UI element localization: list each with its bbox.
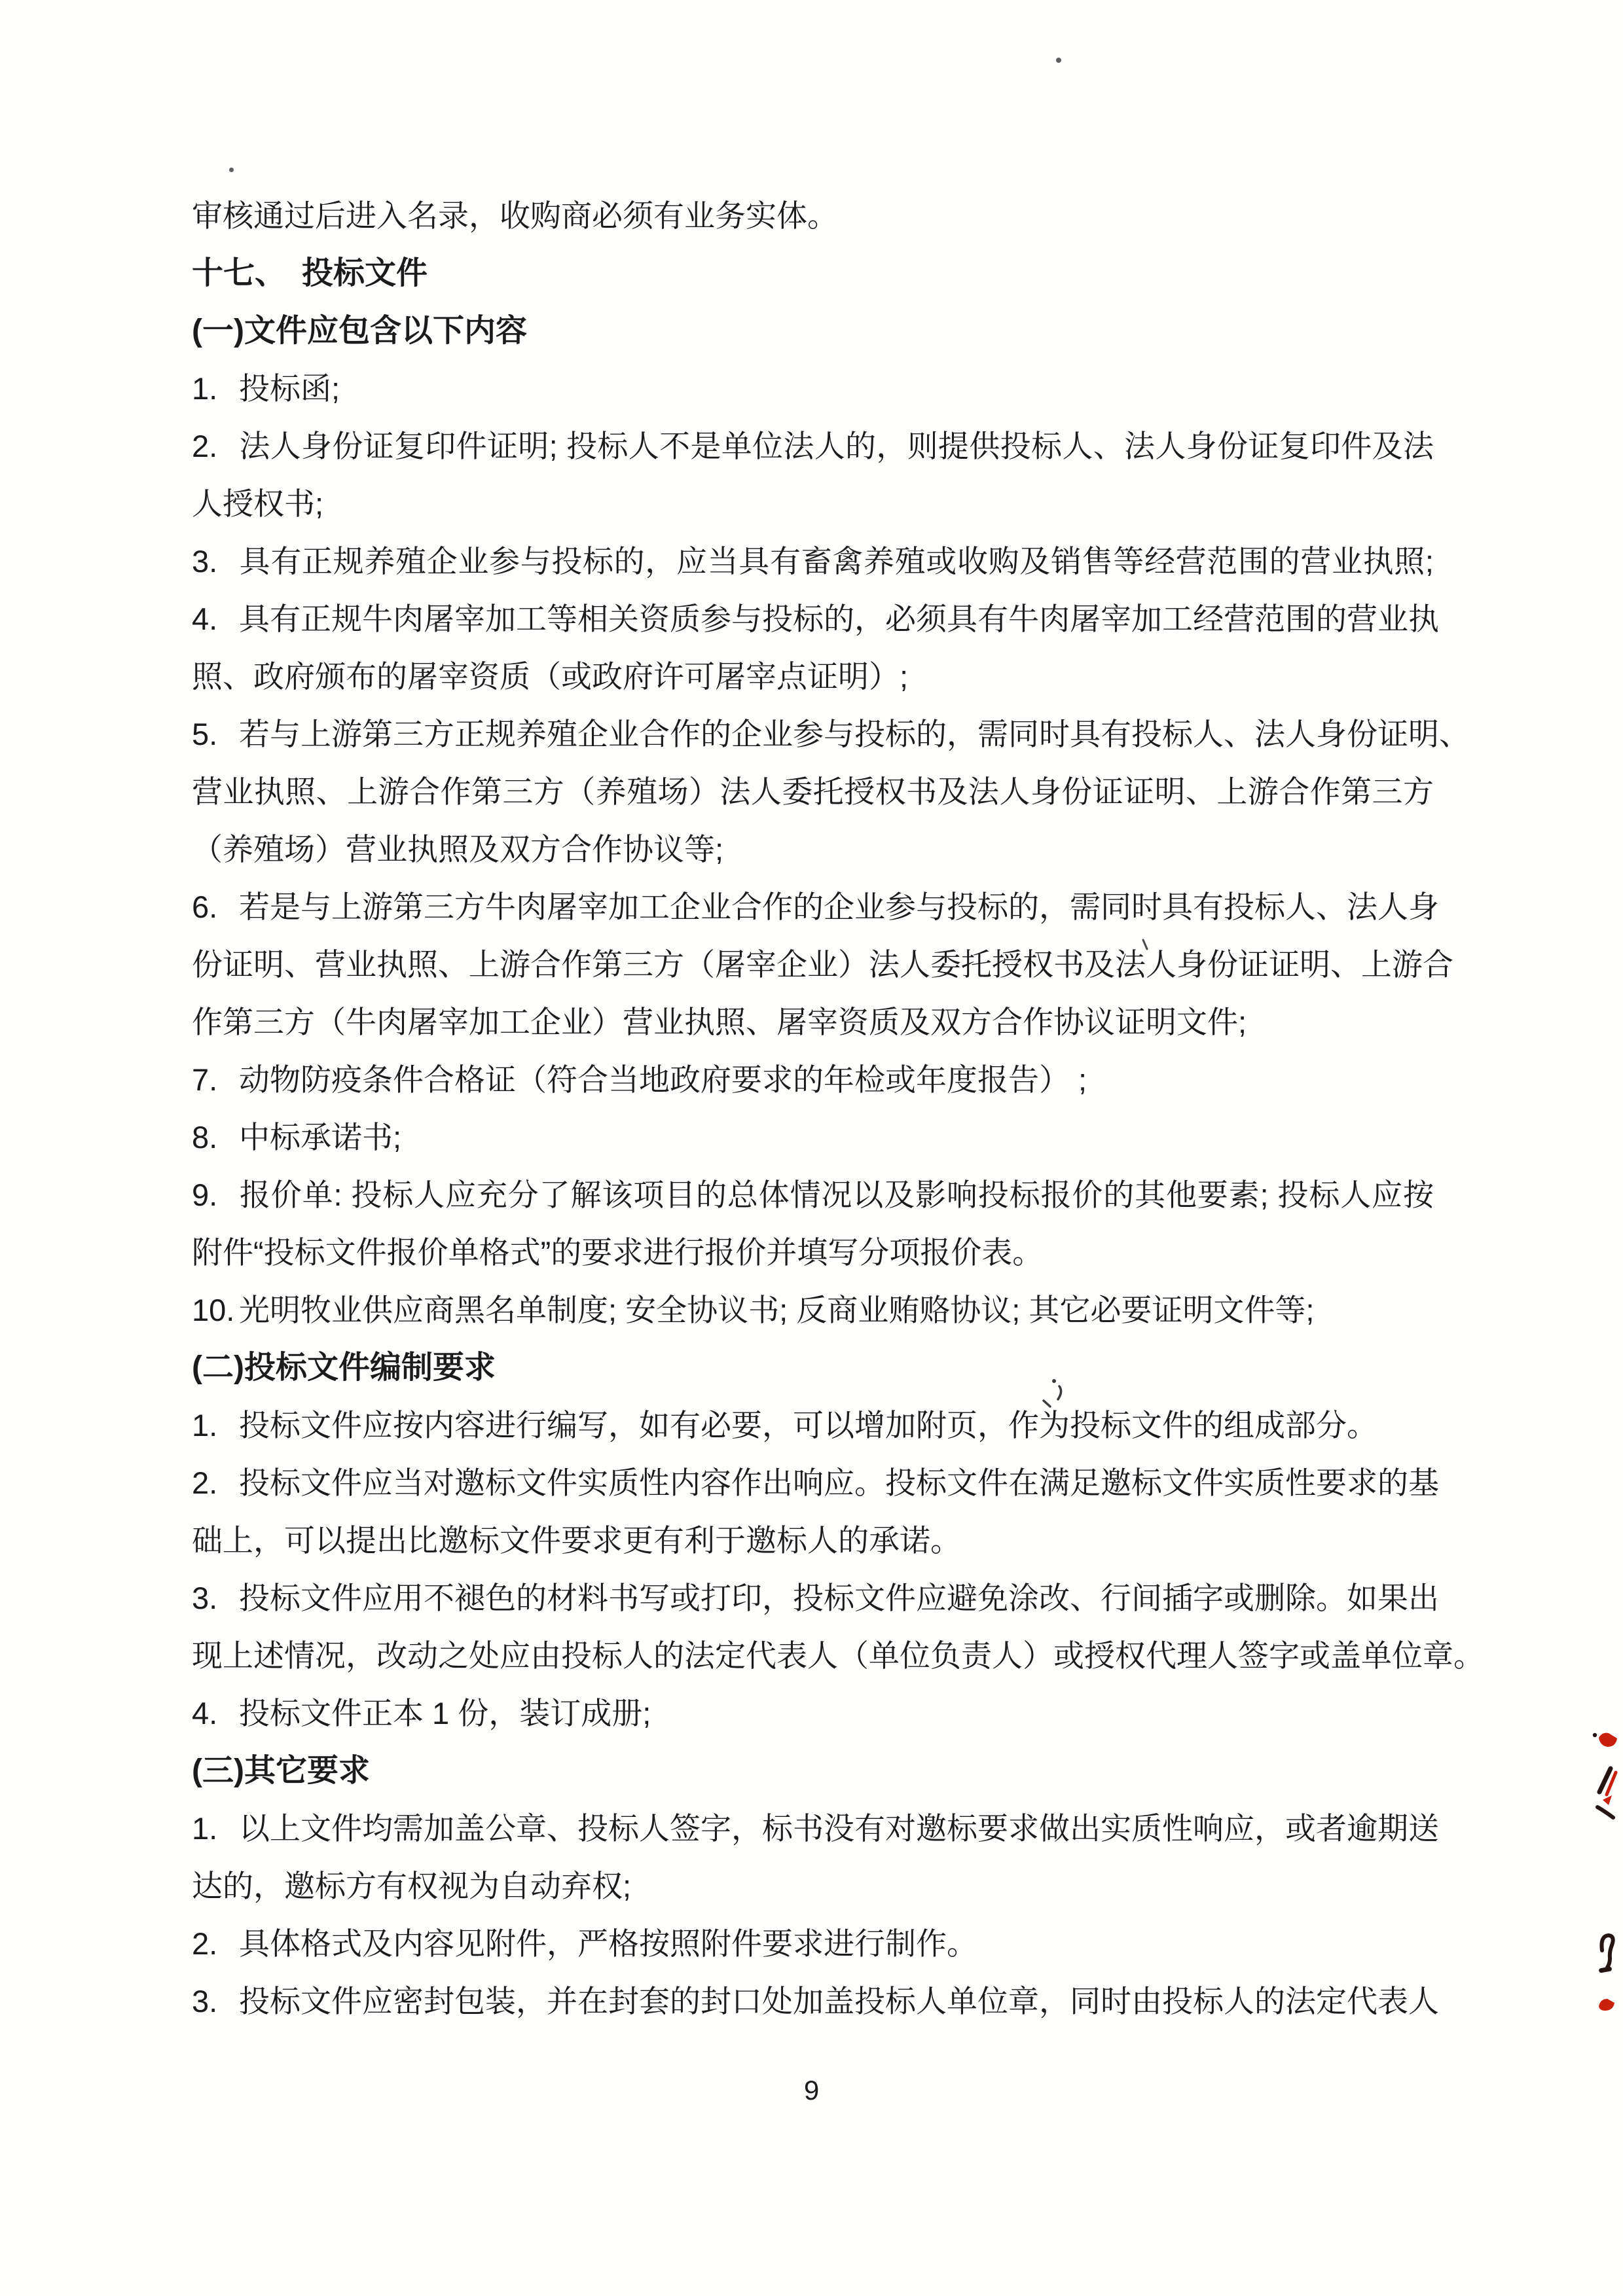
numbered-item-line: 10.光明牧业供应商黑名单制度; 安全协议书; 反商业贿赂协议; 其它必要证明文… xyxy=(192,1282,1434,1339)
ink-dark-hook xyxy=(1597,1932,1617,1970)
item-number: 8. xyxy=(192,1109,239,1166)
numbered-item-line: 3.具有正规养殖企业参与投标的，应当具有畜禽养殖或收购及销售等经营范围的营业执照… xyxy=(192,533,1434,590)
text-line: 现上述情况，改动之处应由投标人的法定代表人（单位负责人）或授权代理人签字或盖单位… xyxy=(192,1627,1434,1685)
page-number: 9 xyxy=(0,2062,1623,2119)
item-text: 具有正规牛肉屠宰加工等相关资质参与投标的，必须具有牛肉屠宰加工经营范围的营业执 xyxy=(239,601,1439,636)
item-text: 投标文件应按内容进行编写，如有必要，可以增加附页，作为投标文件的组成部分。 xyxy=(239,1408,1377,1443)
item-text: 以上文件均需加盖公章、投标人签字，标书没有对邀标要求做出实质性响应，或者逾期送 xyxy=(239,1811,1439,1846)
item-number: 1. xyxy=(192,360,239,418)
numbered-item-line: 2.具体格式及内容见附件，严格按照附件要求进行制作。 xyxy=(192,1915,1434,1973)
item-number: 7. xyxy=(192,1051,239,1109)
item-number: 10. xyxy=(192,1282,239,1339)
item-number: 4. xyxy=(192,590,239,648)
item-number: 3. xyxy=(192,1973,239,2030)
item-number: 2. xyxy=(192,418,239,475)
document-page: 审核通过后进入名录，收购商必须有业务实体。十七、 投标文件(一)文件应包含以下内… xyxy=(0,0,1623,2296)
item-text: 投标文件应用不褪色的材料书写或打印，投标文件应避免涂改、行间插字或删除。如果出 xyxy=(239,1581,1439,1615)
numbered-item-line: 4.具有正规牛肉屠宰加工等相关资质参与投标的，必须具有牛肉屠宰加工经营范围的营业… xyxy=(192,590,1434,648)
item-number: 5. xyxy=(192,706,239,763)
text-line: 附件“投标文件报价单格式”的要求进行报价并填写分项报价表。 xyxy=(192,1224,1434,1282)
item-text: 投标文件正本 1 份，装订成册; xyxy=(239,1696,651,1731)
ink-scribble xyxy=(1041,1377,1067,1408)
numbered-item-line: 6.若是与上游第三方牛肉屠宰加工企业合作的企业参与投标的，需同时具有投标人、法人… xyxy=(192,878,1434,936)
numbered-item-line: 4.投标文件正本 1 份，装订成册; xyxy=(192,1685,1434,1742)
item-text: 中标承诺书; xyxy=(239,1120,401,1155)
item-number: 4. xyxy=(192,1685,239,1742)
text-line: （养殖场）营业执照及双方合作协议等; xyxy=(192,821,1434,878)
numbered-item-line: 1.以上文件均需加盖公章、投标人签字，标书没有对邀标要求做出实质性响应，或者逾期… xyxy=(192,1800,1434,1857)
numbered-item-line: 1.投标函; xyxy=(192,360,1434,418)
section-heading: 十七、 投标文件 xyxy=(192,245,1434,302)
ink-red-blob-1 xyxy=(1592,1731,1620,1750)
text-line: 人授权书; xyxy=(192,475,1434,533)
subsection-heading: (一)文件应包含以下内容 xyxy=(192,302,1434,360)
item-text: 具有正规养殖企业参与投标的，应当具有畜禽养殖或收购及销售等经营范围的营业执照; xyxy=(239,544,1434,579)
item-text: 投标函; xyxy=(239,371,340,406)
item-number: 3. xyxy=(192,1570,239,1627)
item-text: 光明牧业供应商黑名单制度; 安全协议书; 反商业贿赂协议; 其它必要证明文件等; xyxy=(239,1293,1314,1327)
text-line: 审核通过后进入名录，收购商必须有业务实体。 xyxy=(192,187,1434,245)
subsection-heading: (二)投标文件编制要求 xyxy=(192,1339,1434,1397)
item-text: 若与上游第三方正规养殖企业合作的企业参与投标的，需同时具有投标人、法人身份证明、 xyxy=(239,717,1470,751)
item-text: 动物防疫条件合格证（符合当地政府要求的年检或年度报告） ; xyxy=(239,1062,1087,1097)
numbered-item-line: 9.报价单: 投标人应充分了解该项目的总体情况以及影响投标报价的其他要素; 投标… xyxy=(192,1166,1434,1224)
item-text: 法人身份证复印件证明; 投标人不是单位法人的，则提供投标人、法人身份证复印件及法 xyxy=(239,429,1434,463)
item-text: 报价单: 投标人应充分了解该项目的总体情况以及影响投标报价的其他要素; 投标人应… xyxy=(239,1177,1434,1212)
numbered-item-line: 1.投标文件应按内容进行编写，如有必要，可以增加附页，作为投标文件的组成部分。 xyxy=(192,1397,1434,1454)
item-number: 6. xyxy=(192,878,239,936)
numbered-item-line: 7.动物防疫条件合格证（符合当地政府要求的年检或年度报告） ; xyxy=(192,1051,1434,1109)
numbered-item-line: 5.若与上游第三方正规养殖企业合作的企业参与投标的，需同时具有投标人、法人身份证… xyxy=(192,706,1434,763)
ink-tick xyxy=(1140,939,1151,952)
text-line: 达的，邀标方有权视为自动弃权; xyxy=(192,1857,1434,1915)
text-line: 作第三方（牛肉屠宰加工企业）营业执照、屠宰资质及双方合作协议证明文件; xyxy=(192,994,1434,1051)
ink-red-blob-2 xyxy=(1596,1996,1617,2013)
ink-speck-left xyxy=(229,168,234,172)
text-line: 照、政府颁布的屠宰资质（或政府许可屠宰点证明）; xyxy=(192,648,1434,706)
numbered-item-line: 2.投标文件应当对邀标文件实质性内容作出响应。投标文件在满足邀标文件实质性要求的… xyxy=(192,1454,1434,1512)
item-number: 3. xyxy=(192,533,239,590)
item-number: 2. xyxy=(192,1454,239,1512)
numbered-item-line: 8.中标承诺书; xyxy=(192,1109,1434,1166)
item-number: 1. xyxy=(192,1397,239,1454)
ink-red-slashes xyxy=(1591,1766,1620,1823)
text-line: 份证明、营业执照、上游合作第三方（屠宰企业）法人委托授权书及法人身份证证明、上游… xyxy=(192,936,1434,994)
numbered-item-line: 3.投标文件应密封包装，并在封套的封口处加盖投标人单位章，同时由投标人的法定代表… xyxy=(192,1973,1434,2030)
item-number: 1. xyxy=(192,1800,239,1857)
text-line: 营业执照、上游合作第三方（养殖场）法人委托授权书及法人身份证证明、上游合作第三方 xyxy=(192,763,1434,821)
item-number: 2. xyxy=(192,1915,239,1973)
ink-speck-top xyxy=(1056,58,1061,63)
numbered-item-line: 2.法人身份证复印件证明; 投标人不是单位法人的，则提供投标人、法人身份证复印件… xyxy=(192,418,1434,475)
text-line: 础上，可以提出比邀标文件要求更有利于邀标人的承诺。 xyxy=(192,1512,1434,1570)
item-number: 9. xyxy=(192,1166,239,1224)
item-text: 投标文件应当对邀标文件实质性内容作出响应。投标文件在满足邀标文件实质性要求的基 xyxy=(239,1465,1439,1500)
subsection-heading: (三)其它要求 xyxy=(192,1742,1434,1800)
item-text: 投标文件应密封包装，并在封套的封口处加盖投标人单位章，同时由投标人的法定代表人 xyxy=(239,1984,1439,2018)
item-text: 具体格式及内容见附件，严格按照附件要求进行制作。 xyxy=(239,1926,977,1961)
item-text: 若是与上游第三方牛肉屠宰加工企业合作的企业参与投标的，需同时具有投标人、法人身 xyxy=(239,889,1439,924)
numbered-item-line: 3.投标文件应用不褪色的材料书写或打印，投标文件应避免涂改、行间插字或删除。如果… xyxy=(192,1570,1434,1627)
